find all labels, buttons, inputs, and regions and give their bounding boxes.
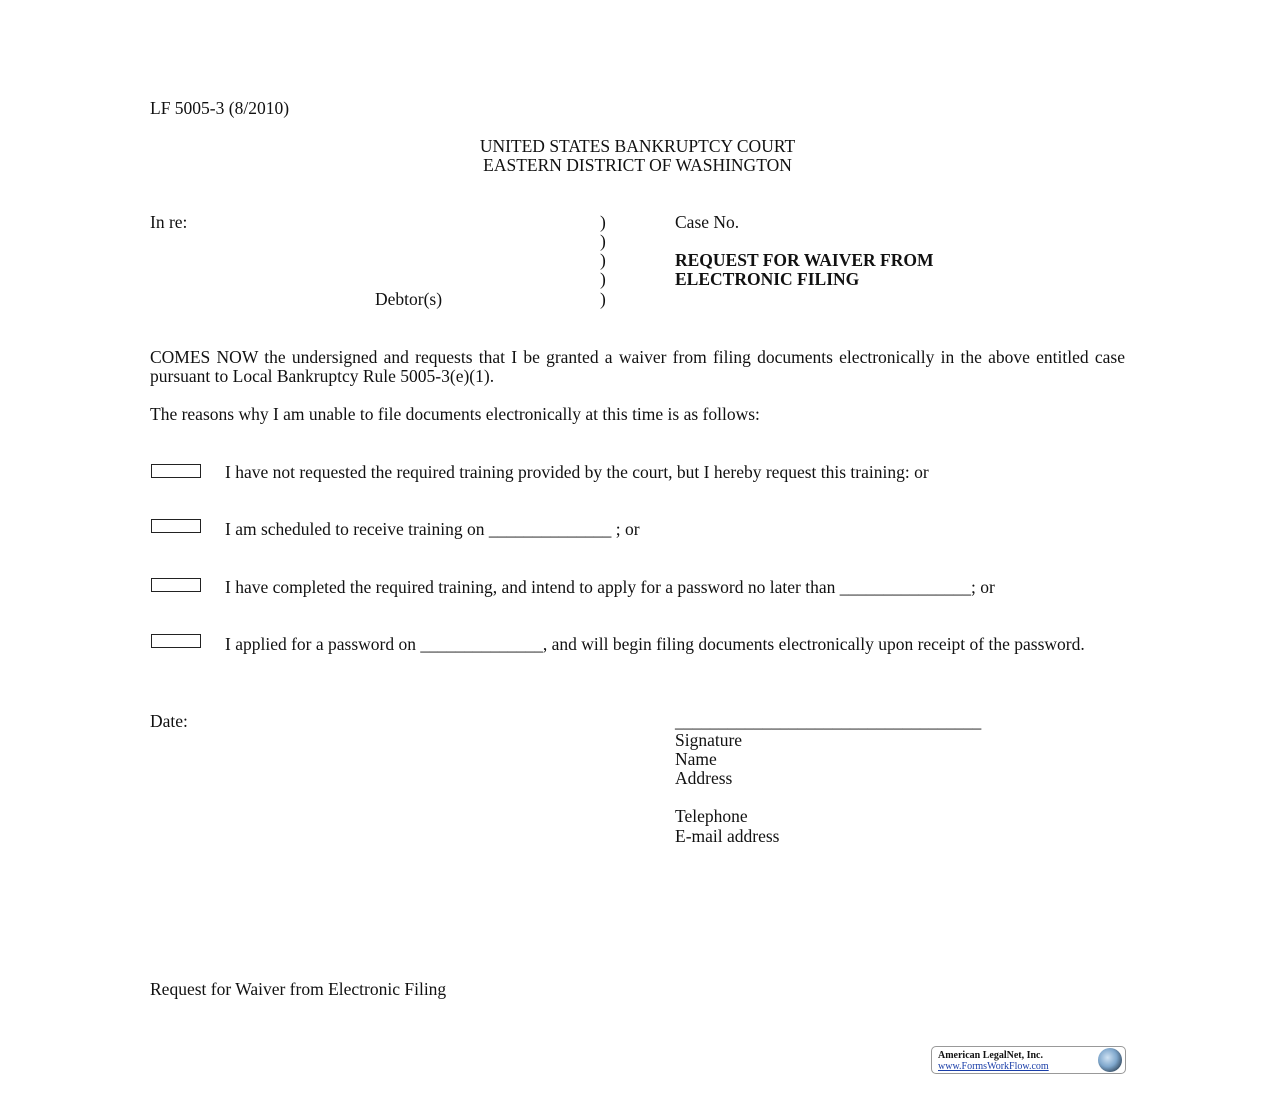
document-title: REQUEST FOR WAIVER FROM [675, 251, 933, 270]
court-name: UNITED STATES BANKRUPTCY COURT [0, 137, 1275, 156]
logo-company: American LegalNet, Inc. [938, 1050, 1043, 1061]
logo-url-link[interactable]: www.FormsWorkFlow.com [938, 1061, 1049, 1072]
option-checkbox-1[interactable] [151, 464, 201, 478]
intro-paragraph: COMES NOW the undersigned and requests t… [150, 348, 1125, 386]
signature-line: ___________________________________ [675, 712, 981, 731]
signature-label: Signature [675, 731, 742, 750]
caption-paren: ) [600, 251, 606, 270]
option-checkbox-3[interactable] [151, 578, 201, 592]
date-label: Date: [150, 712, 188, 731]
court-district: EASTERN DISTRICT OF WASHINGTON [0, 156, 1275, 175]
option-text-4: I applied for a password on ____________… [225, 635, 1125, 654]
form-id: LF 5005-3 (8/2010) [150, 99, 289, 118]
footer-title: Request for Waiver from Electronic Filin… [150, 980, 446, 999]
address-label: Address [675, 769, 732, 788]
caption-paren: ) [600, 270, 606, 289]
option-checkbox-2[interactable] [151, 519, 201, 533]
caption-paren: ) [600, 232, 606, 251]
option-text-2: I am scheduled to receive training on __… [225, 520, 1125, 539]
debtors-label: Debtor(s) [375, 290, 442, 309]
publisher-logo[interactable]: American LegalNet, Inc. www.FormsWorkFlo… [931, 1046, 1126, 1074]
caption-paren: ) [600, 290, 606, 309]
reasons-paragraph: The reasons why I am unable to file docu… [150, 405, 760, 424]
option-checkbox-4[interactable] [151, 634, 201, 648]
caption-paren: ) [600, 213, 606, 232]
telephone-label: Telephone [675, 807, 748, 826]
email-label: E-mail address [675, 827, 779, 846]
option-text-1: I have not requested the required traini… [225, 463, 1125, 482]
option-text-3: I have completed the required training, … [225, 578, 1125, 597]
document-title-line2: ELECTRONIC FILING [675, 270, 859, 289]
globe-icon [1098, 1048, 1122, 1072]
name-label: Name [675, 750, 717, 769]
case-number-label: Case No. [675, 213, 739, 232]
in-re-label: In re: [150, 213, 187, 232]
